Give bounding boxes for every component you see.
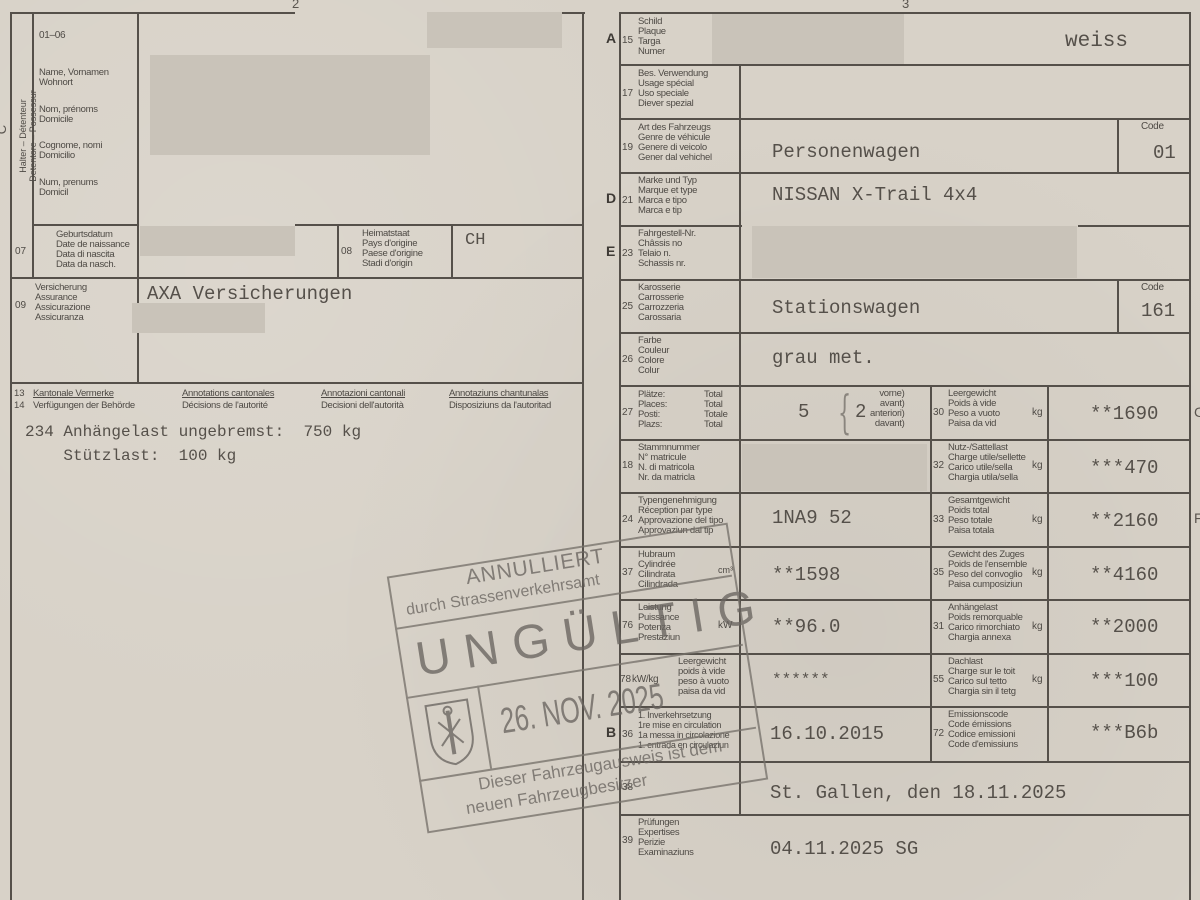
vehicle-type-code-label: Code [1141,122,1164,132]
chassis-code: 23 [622,248,633,259]
stamp-line-annulliert: ANNULLIERT [464,544,606,590]
annotation-header-rm-2: Disposiziuns da l'autoritad [449,401,551,411]
weight-value-33: **2160 [1090,510,1158,532]
weight-unit-32: kg [1032,460,1043,471]
make-label: Marke und Typ Marque et type Marca e tip… [638,176,697,216]
annotation-line-2: Stützlast: 100 kg [25,447,236,465]
holder-label-fr: Nom, prénoms Domicile [39,105,98,125]
type-approval-label: Typengenehmigung Réception par type Appr… [638,496,723,536]
seats-label: Plätze: Places: Posti: Plazs: [638,390,667,430]
weight-unit-31: kg [1032,621,1043,632]
holder-field-code: 01–06 [39,31,65,41]
power-code: 76 [622,620,633,631]
holder-name-redacted [150,55,430,155]
chassis-label: Fahrgestell-Nr. Châssis no Telaio n. Sch… [638,229,696,269]
annotation-header-it-2: Decisioni dell'autorità [321,401,404,411]
weight-unit-33: kg [1032,514,1043,525]
first-registration-label: 1. Inverkehrsetzung 1re mise en circulat… [638,710,729,750]
annotation-header-de-2: Verfügungen der Behörde [33,401,135,411]
weight-unit-35: kg [1032,567,1043,578]
weight-label-33: Gesamtgewicht Poids total Peso totale Pa… [948,496,1010,536]
weight-code-32: 32 [933,460,944,471]
weight-value-35: **4160 [1090,564,1158,586]
birthdate-code: 07 [15,246,26,257]
seats-total-label: Total Total Totale Total [704,390,728,430]
holder-label-de: Name, Vornamen Wohnort [39,68,109,88]
insurance-value: AXA Versicherungen [147,283,352,305]
vehicle-type-label: Art des Fahrzeugs Genre de véhicule Gene… [638,123,712,163]
power-value: **96.0 [772,616,840,638]
row-letter-b: B [606,724,616,740]
power-label: Leistung Puissance Potenza Prestaziun [638,603,680,643]
matriculation-label: Stammnummer N° matricule N. di matricola… [638,443,700,483]
type-approval-value: 1NA9 52 [772,507,852,529]
color-code: 26 [622,354,633,365]
vehicle-type-code: 19 [622,142,633,153]
power-weight-unit-label: kW/kg [632,675,658,685]
weight-label-30: Leergewicht Poids à vide Peso a vuoto Pa… [948,389,1000,429]
birthdate-label: Geburtsdatum Date de naissance Data di n… [56,230,130,270]
color-label: Farbe Couleur Colore Colur [638,336,669,376]
vehicle-type-code-value: 01 [1153,142,1176,164]
coat-of-arms-icon [421,695,481,770]
first-registration-code: 36 [622,729,633,740]
displacement-unit: cm³ [718,565,733,575]
weight-value-72: ***B6b [1090,722,1158,744]
stamp-line-6: neuen Fahrzeugbesitzer [465,770,649,818]
power-weight-label: Leergewicht poids à vide peso à vuoto pa… [678,657,729,697]
weight-value-30: **1690 [1090,403,1158,425]
inspections-code: 39 [622,835,633,846]
weight-unit-55: kg [1032,674,1043,685]
make-code: 21 [622,195,633,206]
section-letter-c: C [0,125,9,134]
weight-code-35: 35 [933,567,944,578]
body-code-label: Code [1141,283,1164,293]
origin-value: CH [465,231,485,250]
inspections-value: 04.11.2025 SG [770,838,918,860]
annotation-header-de-1: Kantonale Vermerke [33,389,114,399]
plate-code: 15 [622,35,633,46]
weight-code-33: 33 [933,514,944,525]
holder-label-rm: Num, prenums Domicil [39,178,98,198]
seats-code: 27 [622,407,633,418]
place-date-value: St. Gallen, den 18.11.2025 [770,782,1066,804]
edge-letter-f: F [1194,510,1200,526]
weight-code-72: 72 [933,728,944,739]
weight-label-31: Anhängelast Poids remorquable Carico rim… [948,603,1023,643]
weight-value-32: ***470 [1090,457,1158,479]
stamp-line-authority: durch Strassenverkehrsamt [405,571,601,619]
seats-total-value: 5 [798,401,809,423]
top-redacted [427,12,562,48]
displacement-code: 37 [622,567,633,578]
row-letter-e: E [606,243,615,259]
insurance-code: 09 [15,300,26,311]
weight-code-31: 31 [933,621,944,632]
place-date-code: 38 [622,782,633,793]
power-unit: kW [718,620,732,631]
body-code-value: 161 [1141,300,1175,322]
weight-label-35: Gewicht des Zuges Poids de l'ensemble Pe… [948,550,1027,590]
right-page-number: 3 [902,0,909,11]
seats-front-value: 2 [855,401,866,423]
annotation-header-it-1: Annotazioni cantonali [321,389,405,399]
annotation-line-1: 234 Anhängelast ungebremst: 750 kg [25,423,361,441]
origin-label: Heimatstaat Pays d'origine Paese d'origi… [362,229,423,269]
special-use-code: 17 [622,88,633,99]
weight-value-31: **2000 [1090,616,1158,638]
seats-front-label: vorne) avant) anteriori) davant) [870,389,905,429]
annotation-header-fr-1: Annotations cantonales [182,389,274,399]
row-letter-d: D [606,190,616,206]
plate-label: Schild Plaque Targa Numer [638,17,666,57]
insurance-value2-redacted [132,303,265,333]
annotation-code-13: 13 [14,388,25,399]
left-page-number: 2 [292,0,299,11]
color-value: grau met. [772,347,875,369]
annotation-code-14: 14 [14,400,25,411]
weight-label-32: Nutz-/Sattellast Charge utile/sellette C… [948,443,1026,483]
vehicle-type-value: Personenwagen [772,141,920,163]
displacement-label: Hubraum Cylindrée Cilindrata Cilindrada [638,550,678,590]
weight-code-30: 30 [933,407,944,418]
birthdate-value-redacted [140,226,295,256]
annotation-header-rm-1: Annotaziuns chantunalas [449,389,548,399]
weight-label-72: Emissionscode Code émissions Codice emis… [948,710,1018,750]
seats-brace: { [838,386,851,438]
inspections-label: Prüfungen Expertises Perizie Examinaziun… [638,818,694,858]
annotation-header-fr-2: Décisions de l'autorité [182,401,268,411]
power-weight-code: 78 [620,674,631,685]
row-letter-a: A [606,30,616,46]
body-code: 25 [622,301,633,312]
origin-code: 08 [341,246,352,257]
plate-color-value: weiss [1065,30,1128,53]
weight-value-55: ***100 [1090,670,1158,692]
type-approval-code: 24 [622,514,633,525]
holder-label-it: Cognome, nomi Domicilio [39,141,102,161]
edge-letter-c: C [1194,404,1200,420]
first-registration-value: 16.10.2015 [770,723,884,745]
matriculation-value-redacted [742,444,927,491]
body-value: Stationswagen [772,297,920,319]
displacement-value: **1598 [772,564,840,586]
make-value: NISSAN X-Trail 4x4 [772,184,977,206]
weight-code-55: 55 [933,674,944,685]
body-label: Karosserie Carrosserie Carrozzeria Caros… [638,283,684,323]
plate-value-redacted [712,14,904,64]
matriculation-code: 18 [622,460,633,471]
weight-label-55: Dachlast Charge sur le toit Carico sul t… [948,657,1016,697]
insurance-label: Versicherung Assurance Assicurazione Ass… [35,283,90,323]
special-use-label: Bes. Verwendung Usage spécial Uso specia… [638,69,708,109]
power-weight-value: ****** [772,671,830,689]
chassis-value-redacted [752,226,1077,278]
weight-unit-30: kg [1032,407,1043,418]
